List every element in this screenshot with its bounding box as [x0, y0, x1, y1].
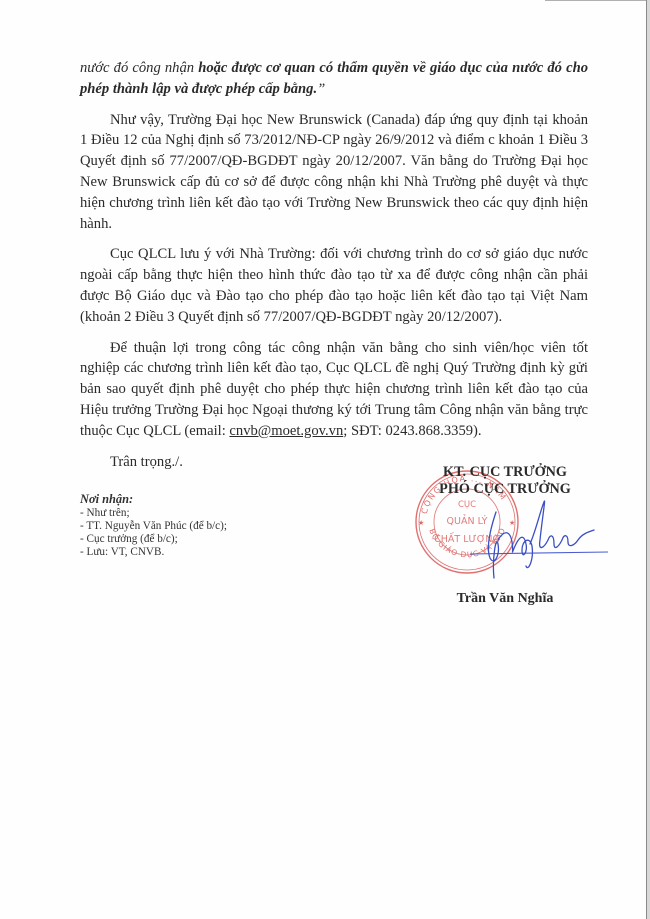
handwritten-signature-icon [470, 500, 610, 580]
recipients-block: Nơi nhận: - Như trên; - TT. Nguyễn Văn P… [80, 492, 227, 559]
paragraph-contact-request: Để thuận lợi trong công tác công nhận vă… [80, 338, 588, 442]
paragraph-recognition-conclusion: Như vậy, Trường Đại học New Brunswick (C… [80, 110, 588, 235]
closing-quote-mark: ” [317, 81, 325, 97]
signature-title-acting: KT. CỤC TRƯỞNG [400, 464, 610, 481]
signature-block: CỘNG HÒA ... NAM BỘ GIÁO DỤC VÀ ĐÀO TẠO … [400, 460, 610, 610]
recipient-item: - TT. Nguyễn Văn Phúc (để b/c); [80, 520, 227, 533]
quote-italic-text: nước đó công nhận [80, 60, 198, 76]
svg-text:★: ★ [418, 519, 424, 527]
scan-top-edge [545, 0, 647, 1]
contact-text-after-email: ; SĐT: 0243.868.3359). [343, 423, 481, 439]
letter-body: nước đó công nhận hoặc được cơ quan có t… [80, 58, 588, 472]
document-page: nước đó công nhận hoặc được cơ quan có t… [0, 0, 650, 919]
email-link[interactable]: cnvb@moet.gov.vn [229, 423, 343, 439]
recipients-title: Nơi nhận: [80, 492, 227, 507]
signature-title-deputy: PHÓ CỤC TRƯỞNG [400, 481, 610, 498]
recipient-item: - Cục trưởng (để b/c); [80, 533, 227, 546]
signer-name: Trần Văn Nghĩa [400, 591, 610, 607]
recipient-item: - Như trên; [80, 507, 227, 520]
paragraph-distance-learning-note: Cục QLCL lưu ý với Nhà Trường: đối với c… [80, 244, 588, 327]
quoted-regulation-tail: nước đó công nhận hoặc được cơ quan có t… [80, 58, 588, 100]
recipient-item: - Lưu: VT, CNVB. [80, 546, 227, 559]
